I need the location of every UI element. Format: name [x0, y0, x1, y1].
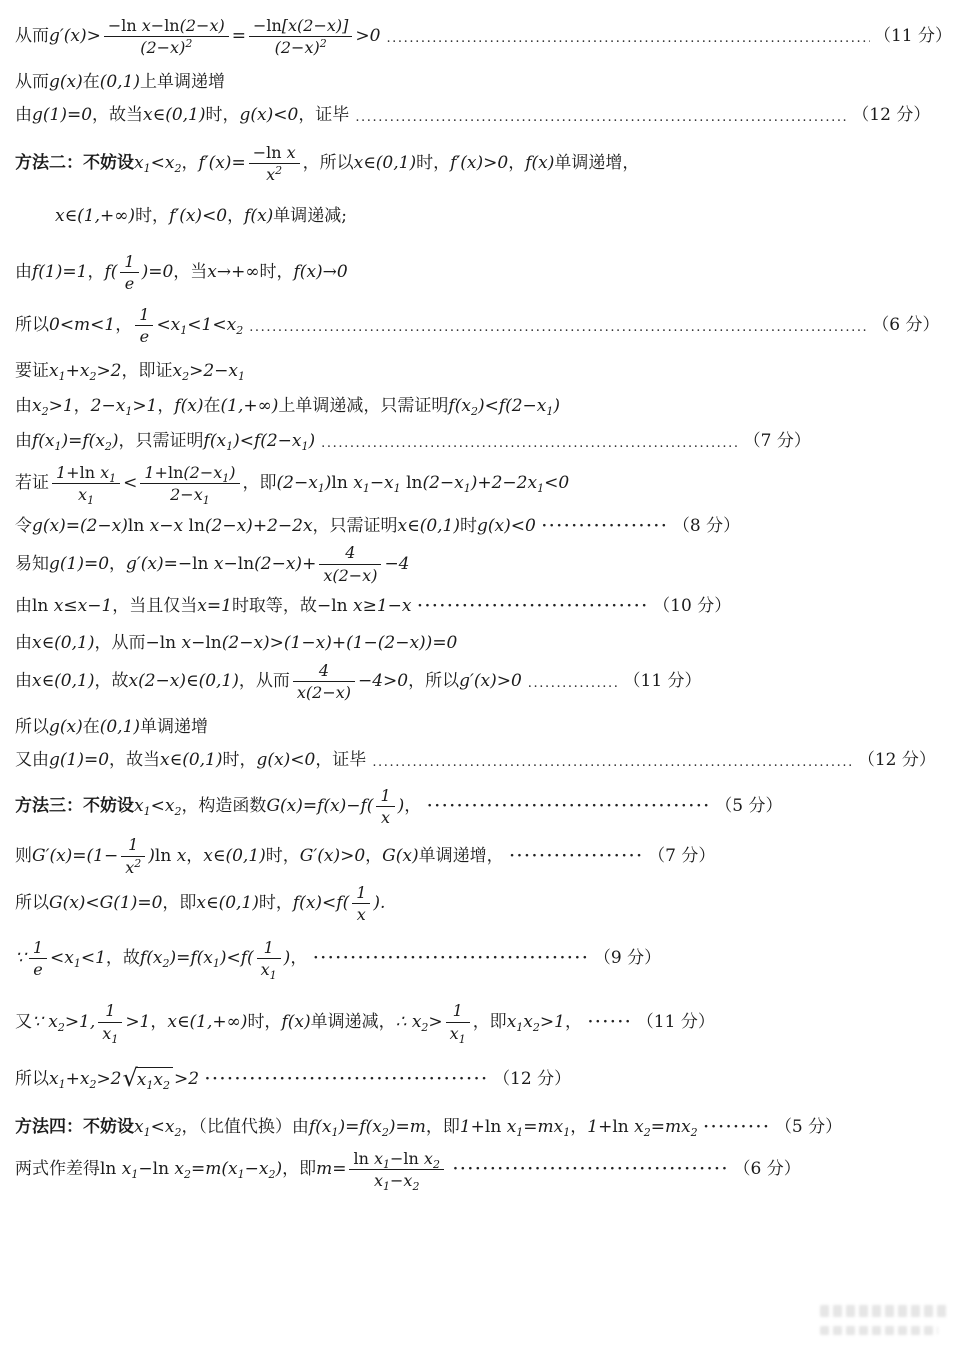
math-run: g(x)	[49, 71, 83, 94]
subscript: 2	[421, 1021, 428, 1034]
text-run: 所以	[15, 892, 49, 915]
score-label: （11 分）	[624, 670, 702, 693]
text-run: 由	[15, 261, 32, 284]
dotted-leader: ·········	[704, 1118, 771, 1137]
math-run: −ln x≥1−x	[317, 595, 412, 618]
fraction: −ln xx2	[249, 143, 300, 184]
text-run: 时，	[260, 261, 294, 284]
math-run: ∴ x2>	[396, 1011, 443, 1034]
math-run: g′(x)>0	[459, 670, 522, 693]
text-run: ，	[157, 395, 174, 418]
subscript: 2	[174, 1126, 181, 1139]
formula-line-18: 又由 g(1)=0，故当 x∈(0,1)时， g(x)<0，证毕........…	[15, 749, 952, 772]
text-run: 从而	[15, 25, 49, 48]
math-run: f(x1)<f(2−x1)	[204, 430, 316, 453]
math-run: )	[398, 795, 405, 818]
math-run: f(x)	[174, 395, 203, 418]
math-run: −ln x−ln(2−x)>(1−x)+(1−(2−x))=0	[145, 632, 457, 655]
text-run: ，当且仅当	[112, 595, 197, 618]
subscript: 2	[182, 370, 189, 383]
math-run: f(x2)<f(2−x1)	[448, 395, 560, 418]
text-run: 两式作差得	[15, 1158, 100, 1181]
text-run: 由	[15, 104, 32, 127]
score-label: （5 分）	[715, 795, 782, 818]
numerator: 4	[319, 543, 381, 564]
ln-operator: ln	[160, 633, 176, 653]
math-run: x2>2−x1	[173, 360, 246, 383]
watermark-blur-line	[820, 1326, 938, 1335]
subscript: 1	[363, 482, 370, 495]
method-label: 方法四：不妨设	[15, 1116, 134, 1139]
text-run: ，	[115, 314, 132, 337]
ln-operator: ln	[485, 1117, 501, 1137]
text-run: 单调递减;	[273, 205, 347, 228]
text-run: ，	[290, 947, 307, 970]
math-run: ln x1−ln x2=m(x1−x2)	[100, 1158, 282, 1181]
math-run: G(x)	[382, 845, 418, 868]
subscript: 1	[146, 1079, 153, 1092]
subscript: 1	[87, 494, 94, 507]
math-run: (0,1)	[100, 716, 140, 739]
ln-operator: ln	[80, 463, 95, 482]
score-label: （11 分）	[874, 25, 952, 48]
math-run: G′(x)=(1−	[32, 845, 118, 868]
ln-operator: ln	[153, 1159, 169, 1179]
math-run: )ln x	[148, 845, 186, 868]
numerator: −ln x	[249, 143, 300, 164]
text-run: 时	[460, 515, 477, 538]
subscript: 1	[516, 1021, 523, 1034]
ln-operator: ln	[406, 473, 422, 493]
math-run: −4>0	[358, 670, 408, 693]
math-run: 0<m<1	[49, 314, 115, 337]
math-run: g(x)<0	[257, 749, 316, 772]
subscript: 1	[331, 1126, 338, 1139]
math-run: ).	[373, 892, 385, 915]
fraction: 1+ln(2−x1)2−x1	[140, 463, 239, 504]
ln-operator: ln	[238, 554, 254, 574]
math-run: x∈(0,1)	[354, 152, 416, 175]
numerator: 1	[257, 938, 281, 959]
denominator: x(2−x)	[319, 565, 381, 585]
math-run: )	[284, 947, 291, 970]
subscript: 1	[144, 805, 151, 818]
math-run: x1<x2	[134, 1116, 181, 1139]
ln-operator: ln	[331, 473, 347, 493]
numerator: ln x1−ln x2	[349, 1149, 443, 1170]
score-label: （6 分）	[872, 314, 939, 337]
text-run: 单调递增，	[554, 152, 639, 175]
subscript: 1	[516, 1126, 523, 1139]
text-run: 由	[15, 595, 32, 618]
math-run: g(x)=(2−x)ln x−x ln(2−x)+2−2x	[32, 515, 313, 538]
denominator: x1	[98, 1023, 122, 1043]
ln-operator: ln	[189, 516, 205, 536]
score-label: （7 分）	[744, 430, 811, 453]
numerator: 1	[446, 1001, 470, 1022]
subscript: 2	[89, 1078, 96, 1091]
denominator: x(2−x)	[293, 682, 355, 702]
subscript: 2	[433, 1158, 440, 1171]
text-run: ，即	[243, 472, 277, 495]
math-run: >1	[125, 1011, 150, 1034]
numerator: 1	[29, 938, 47, 959]
score-label: （7 分）	[648, 845, 715, 868]
math-run: x∈(0,1)	[203, 845, 265, 868]
text-run: 所以	[15, 1068, 49, 1091]
subscript: 2	[236, 324, 243, 337]
math-run: x∈(0,1)	[32, 670, 94, 693]
text-run: 若证	[15, 472, 49, 495]
math-run: x1<x2	[134, 152, 181, 175]
method-label: 方法二：不妨设	[15, 152, 134, 175]
math-run: x∈(1,+∞)	[55, 205, 135, 228]
fraction: 1x	[376, 786, 394, 827]
text-run: 则	[15, 845, 32, 868]
math-run: f(	[104, 261, 117, 284]
square-root: √x1x2	[123, 1067, 173, 1092]
formula-line-14: 由 ln x≤x−1，当且仅当 x=1时取等，故 −ln x≥1−x······…	[15, 595, 952, 618]
formula-line-12: 令 g(x)=(2−x)ln x−x ln(2−x)+2−2x，只需证明 x∈(…	[15, 515, 952, 538]
ln-operator: ln	[168, 463, 183, 482]
math-run: g′(x)>	[49, 25, 101, 48]
subscript: 1	[546, 405, 553, 418]
superscript: 2	[185, 37, 192, 50]
text-run: 单调递增，	[419, 845, 504, 868]
text-run: ，当	[173, 261, 207, 284]
fraction: 1x1	[446, 1001, 470, 1042]
ln-operator: ln	[266, 16, 281, 35]
text-run: 时，	[206, 104, 240, 127]
subscript: 1	[180, 324, 187, 337]
dotted-leader: ······	[588, 1013, 633, 1032]
dotted-leader: ........................................…	[355, 109, 848, 127]
ln-operator: ln	[266, 143, 281, 162]
ln-operator: ln	[32, 596, 48, 616]
math-run: x2>1	[32, 395, 74, 418]
formula-line-15: 由 x∈(0,1)，从而 −ln x−ln(2−x)>(1−x)+(1−(2−x…	[15, 632, 952, 655]
denominator: x2	[249, 164, 300, 184]
text-run: ，故	[106, 947, 140, 970]
text-run: 由	[15, 632, 32, 655]
text-run: ，证毕	[315, 749, 366, 772]
denominator: e	[120, 273, 138, 293]
subscript: 1	[111, 1033, 118, 1046]
denominator: x2	[121, 857, 145, 877]
numerator: 1+ln x1	[52, 463, 120, 484]
dotted-leader: ·······························	[417, 597, 649, 616]
superscript: 2	[320, 37, 327, 50]
formula-line-23: 又∵ x2>1,1x1>1， x∈(1,+∞)时， f(x) 单调递减，∴ x2…	[15, 1001, 952, 1042]
formula-line-9: 由 x2>1， 2−x1>1， f(x) 在 (1,+∞) 上单调递减，只需证明…	[15, 395, 952, 418]
math-run: <x1<1<x2	[156, 314, 243, 337]
text-run: 上单调递增	[140, 71, 225, 94]
formula-line-1: 从而 g′(x)>−ln x−ln(2−x)(2−x)2=−ln[x(2−x)]…	[15, 16, 952, 57]
formula-line-25: 方法四：不妨设 x1<x2，（比值代换）由 f(x1)=f(x2)=m，即 1+…	[15, 1116, 952, 1139]
math-run: f(x1)=f(x2)	[32, 430, 119, 453]
radical-sign: √	[123, 1066, 138, 1090]
subscript: 2	[174, 805, 181, 818]
text-run: 时，	[135, 205, 169, 228]
subscript: 2	[174, 162, 181, 175]
formula-line-16: 由 x∈(0,1)，故 x(2−x)∈(0,1)，从而 4x(2−x)−4>0，…	[15, 661, 952, 702]
formula-line-24: 所以 x1+x2>2√x1x2>2·······················…	[15, 1067, 952, 1092]
math-run: x∈(1,+∞)	[167, 1011, 247, 1034]
subscript: 1	[222, 472, 229, 485]
math-run: x(2−x)∈(0,1)	[128, 670, 238, 693]
subscript: 1	[109, 472, 116, 485]
formula-line-13: 易知 g(1)=0， g′(x)=−ln x−ln(2−x)+4x(2−x)−4	[15, 543, 952, 584]
math-run: m=	[316, 1158, 346, 1181]
math-run: x1<x2	[134, 795, 181, 818]
text-run: 时，	[259, 892, 293, 915]
math-run: x∈(0,1)	[32, 632, 94, 655]
subscript: 1	[383, 1180, 390, 1193]
subscript: 1	[394, 482, 401, 495]
math-run: (1,+∞)	[221, 395, 279, 418]
ln-operator: ln	[164, 16, 179, 35]
formula-line-21: 所以 G(x)<G(1)=0，即 x∈(0,1)时， f(x)<f(1x).	[15, 883, 952, 924]
fraction: −ln[x(2−x)](2−x)2	[249, 16, 352, 57]
math-run: >2	[174, 1068, 199, 1091]
score-label: （9 分）	[594, 947, 661, 970]
fraction: −ln x−ln(2−x)(2−x)2	[104, 16, 229, 57]
subscript: 1	[59, 1078, 66, 1091]
subscript: 1	[55, 440, 62, 453]
math-run: f′(x)=	[198, 152, 245, 175]
score-label: （11 分）	[637, 1011, 715, 1034]
text-run: ，故当	[92, 104, 143, 127]
watermark-blur-line	[820, 1305, 948, 1317]
formula-line-8: 要证 x1+x2>2，即证 x2>2−x1	[15, 360, 952, 383]
formula-line-3: 由 g(1)=0，故当 x∈(0,1)时， g(x)<0，证毕.........…	[15, 104, 952, 127]
numerator: 1	[98, 1001, 122, 1022]
denominator: (2−x)2	[104, 37, 229, 57]
subscript: 2	[471, 405, 478, 418]
math-run: f(x)	[281, 1011, 310, 1034]
subscript: 2	[163, 1079, 170, 1092]
text-run: 要证	[15, 360, 49, 383]
dotted-leader: ······································	[205, 1070, 489, 1089]
denominator: x1	[446, 1023, 470, 1043]
text-run: 在	[204, 395, 221, 418]
text-run: 令	[15, 515, 32, 538]
score-label: （12 分）	[493, 1068, 571, 1091]
fraction: 1+ln x1x1	[52, 463, 120, 504]
math-run: f(1)=1	[32, 261, 87, 284]
dotted-leader: ·················	[542, 517, 669, 536]
math-run: g(1)=0	[49, 553, 109, 576]
math-run: <x1<1	[50, 947, 106, 970]
subscript: 2	[533, 1021, 540, 1034]
math-run: x=1	[197, 595, 232, 618]
dotted-leader: ·····································	[313, 949, 590, 968]
text-run: ，即	[473, 1011, 507, 1034]
text-run: ，	[150, 1011, 167, 1034]
math-run: g′(x)=−ln x−ln(2−x)+	[126, 553, 316, 576]
watermark	[820, 1296, 948, 1335]
text-run: ，只需证明	[313, 515, 398, 538]
score-label: （12 分）	[852, 104, 930, 127]
math-run: f(x1)=f(x2)=m	[309, 1116, 426, 1139]
fraction: ln x1−ln x2x1−x2	[349, 1149, 443, 1190]
ln-operator: ln	[612, 1117, 628, 1137]
fraction: 1x	[352, 883, 370, 924]
text-run: 上单调递减，只需证明	[278, 395, 448, 418]
text-run: ，	[227, 205, 244, 228]
subscript: 2	[58, 1021, 65, 1034]
text-run: ，	[109, 553, 126, 576]
text-run: 时取等，故	[232, 595, 317, 618]
ln-operator: ln	[192, 554, 208, 574]
subscript: 1	[59, 370, 66, 383]
fraction: 1x1	[98, 1001, 122, 1042]
subscript: 2	[184, 1168, 191, 1181]
text-run: ，从而	[239, 670, 290, 693]
denominator: e	[135, 326, 153, 346]
math-run: x∈(0,1)	[398, 515, 460, 538]
math-run: x∈(0,1)	[196, 892, 258, 915]
math-run: )=0	[142, 261, 174, 284]
math-run: x1+x2>2	[49, 360, 122, 383]
subscript: 2	[89, 370, 96, 383]
text-run: 从而	[15, 71, 49, 94]
ln-operator: ln	[100, 1159, 116, 1179]
fraction: 1e	[135, 305, 153, 346]
math-run: f(x)→0	[294, 261, 348, 284]
math-run: g(x)<0	[477, 515, 536, 538]
math-run: 1+ln x2=mx2	[587, 1116, 697, 1139]
text-run: 时，	[416, 152, 450, 175]
text-run: ，	[565, 1011, 582, 1034]
score-label: （10 分）	[653, 595, 731, 618]
score-label: （12 分）	[858, 749, 936, 772]
numerator: 1	[120, 252, 138, 273]
denominator: x1−x2	[349, 1170, 443, 1190]
text-run: ，即	[162, 892, 196, 915]
math-run: ∵	[15, 947, 26, 970]
superscript: 2	[275, 164, 282, 177]
formula-line-4: 方法二：不妨设 x1<x2， f′(x)=−ln xx2，所以 x∈(0,1)时…	[15, 143, 952, 184]
text-run: ，证毕	[298, 104, 349, 127]
text-run: 时，	[223, 749, 257, 772]
text-run: 又由	[15, 749, 49, 772]
math-run: g(x)<0	[240, 104, 299, 127]
math-run: f(x2)=f(x1)<f(	[140, 947, 254, 970]
math-run: <	[123, 472, 137, 495]
subscript: 2	[412, 1180, 419, 1193]
text-run: ，所以	[408, 670, 459, 693]
math-run: x1x2>1	[507, 1011, 565, 1034]
text-run: 单调递增	[140, 716, 208, 739]
subscript: 2	[644, 1126, 651, 1139]
ln-operator: ln	[155, 846, 171, 866]
subscript: 1	[238, 1168, 245, 1181]
dotted-leader: ........................................…	[321, 435, 739, 453]
text-run: 易知	[15, 553, 49, 576]
text-run: ，	[181, 152, 198, 175]
dotted-leader: ........................................…	[386, 30, 870, 48]
score-label: （5 分）	[775, 1116, 842, 1139]
formula-line-2: 从而 g(x) 在 (0,1) 上单调递增	[15, 71, 952, 94]
text-run: ，即证	[122, 360, 173, 383]
dotted-leader: ··················	[510, 847, 645, 866]
subscript: 1	[238, 370, 245, 383]
denominator: (2−x)2	[249, 37, 352, 57]
text-run: 由	[15, 430, 32, 453]
denominator: x1	[52, 484, 120, 504]
text-run: 由	[15, 395, 32, 418]
math-run: >0	[355, 25, 380, 48]
math-run: G(x)<G(1)=0	[49, 892, 162, 915]
math-run: f(x)	[525, 152, 554, 175]
text-run: ，故当	[109, 749, 160, 772]
formula-line-6: 由 f(1)=1， f(1e)=0，当 x→+∞ 时， f(x)→0	[15, 252, 952, 293]
math-run: G(x)=f(x)−f(	[266, 795, 373, 818]
formula-line-10: 由 f(x1)=f(x2)，只需证明 f(x1)<f(2−x1)........…	[15, 430, 952, 453]
fraction: 1x2	[121, 835, 145, 876]
subscript: 1	[318, 482, 325, 495]
formula-line-20: 则 G′(x)=(1−1x2)ln x， x∈(0,1)时， G′(x)>0， …	[15, 835, 952, 876]
math-run: g(1)=0	[49, 749, 109, 772]
math-run: g(x)	[49, 716, 83, 739]
subscript: 1	[226, 440, 233, 453]
formula-line-26: 两式作差得 ln x1−ln x2=m(x1−x2)，即 m=ln x1−ln …	[15, 1149, 952, 1190]
fraction: 4x(2−x)	[293, 661, 355, 702]
fraction: 1e	[29, 938, 47, 979]
subscript: 2	[42, 405, 49, 418]
text-run: 由	[15, 670, 32, 693]
subscript: 1	[383, 1158, 390, 1171]
text-run: ，	[74, 395, 91, 418]
text-run: ，故	[94, 670, 128, 693]
text-run: ，所以	[303, 152, 354, 175]
subscript: 2	[105, 440, 112, 453]
text-run: 时，	[247, 1011, 281, 1034]
numerator: 1+ln(2−x1)	[140, 463, 239, 484]
subscript: 1	[131, 1168, 138, 1181]
subscript: 1	[74, 957, 81, 970]
text-run: ，	[87, 261, 104, 284]
denominator: x1	[257, 959, 281, 979]
subscript: 1	[537, 482, 544, 495]
subscript: 1	[563, 1126, 570, 1139]
text-run: ，	[365, 845, 382, 868]
ln-operator: ln	[403, 1149, 418, 1168]
formula-line-19: 方法三：不妨设 x1<x2，构造函数 G(x)=f(x)−f(1x)， ····…	[15, 786, 952, 827]
numerator: 1	[376, 786, 394, 807]
math-run: x→+∞	[207, 261, 259, 284]
subscript: 1	[144, 1126, 151, 1139]
subscript: 1	[464, 482, 471, 495]
math-run: G′(x)>0	[300, 845, 365, 868]
text-run: ，从而	[94, 632, 145, 655]
superscript: 2	[134, 857, 141, 870]
text-run: ，	[570, 1116, 587, 1139]
math-run: (2−x1)ln x1−x1 ln(2−x1)+2−2x1<0	[277, 472, 570, 495]
math-run: f′(x)<0	[169, 205, 227, 228]
subscript: 1	[144, 162, 151, 175]
denominator: x	[376, 807, 394, 827]
subscript: 1	[302, 440, 309, 453]
ln-operator: ln	[121, 16, 136, 35]
numerator: 4	[293, 661, 355, 682]
math-run: x∈(0,1)	[160, 749, 222, 772]
method-label: 方法三：不妨设	[15, 795, 134, 818]
math-run: g(1)=0	[32, 104, 92, 127]
subscript: 1	[270, 969, 277, 982]
text-run: ，	[404, 795, 421, 818]
